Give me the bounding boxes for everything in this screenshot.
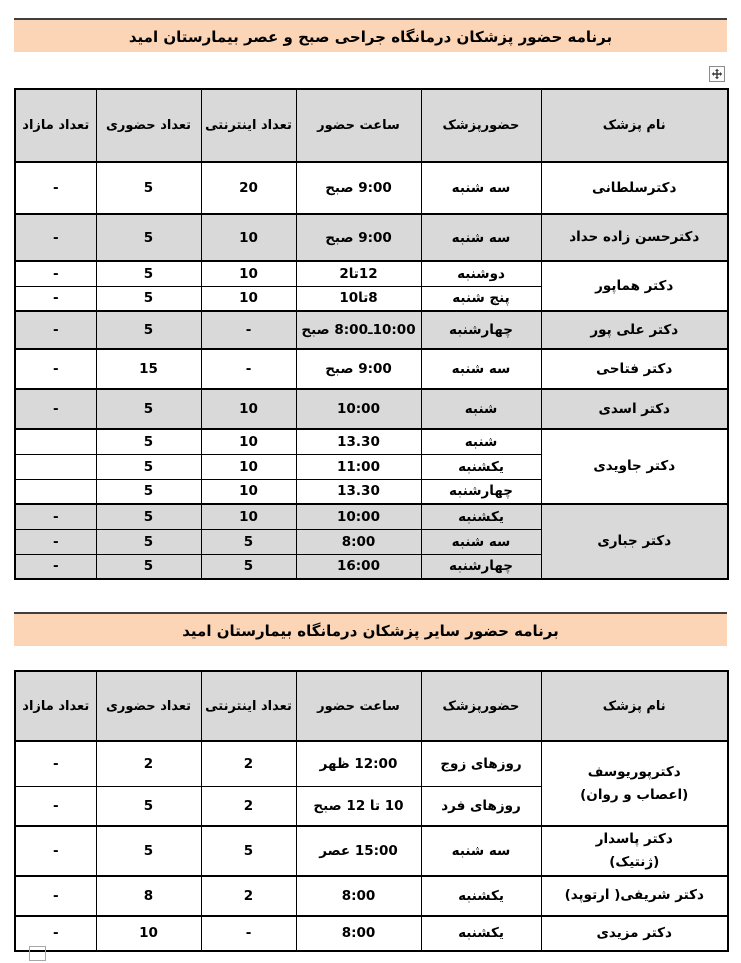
column-header: نام پزشک — [541, 89, 728, 162]
internet-count-cell: 5 — [201, 554, 296, 579]
presence-time-cell: 9:00 صبح — [296, 214, 421, 261]
surgery-clinic-schedule-table: نام پزشکحضورپزشکساعت حضورتعداد اینترنتیت… — [14, 88, 729, 580]
column-header: تعداد مازاد — [15, 89, 96, 162]
presence-day-cell: چهارشنبه — [421, 311, 541, 349]
excess-count-cell — [15, 429, 96, 454]
inperson-count-cell: 5 — [96, 504, 201, 529]
schedule-row: دکتر فتاحیسه شنبه9:00 صبح-15- — [15, 349, 728, 389]
doctor-name-cell: دکتر پاسدار(ژنتیک) — [541, 826, 728, 876]
column-header: تعداد حضوری — [96, 671, 201, 741]
internet-count-cell: 10 — [201, 389, 296, 429]
internet-count-cell: 10 — [201, 454, 296, 479]
excess-count-cell: - — [15, 162, 96, 214]
surgery-schedule-title: برنامه حضور پزشکان درمانگاه جراحی صبح و … — [14, 18, 727, 52]
internet-count-cell: 5 — [201, 529, 296, 554]
doctor-name-cell: دکتر علی پور — [541, 311, 728, 349]
presence-day-cell: یکشنبه — [421, 916, 541, 951]
excess-count-cell: - — [15, 554, 96, 579]
inperson-count-cell: 5 — [96, 389, 201, 429]
inperson-count-cell: 5 — [96, 529, 201, 554]
other-doctors-schedule-table: نام پزشکحضورپزشکساعت حضورتعداد اینترنتیت… — [14, 670, 729, 952]
presence-time-cell: 9:00 صبح — [296, 349, 421, 389]
presence-day-cell: یکشنبه — [421, 876, 541, 916]
inperson-count-cell: 5 — [96, 826, 201, 876]
schedule-row: دکتر علی پورچهارشنبه10:00ـ8:00 صبح-5- — [15, 311, 728, 349]
inperson-count-cell: 5 — [96, 214, 201, 261]
excess-count-cell: - — [15, 876, 96, 916]
presence-day-cell: سه شنبه — [421, 529, 541, 554]
presence-day-cell: پنج شنبه — [421, 286, 541, 311]
presence-time-cell: 8:00 — [296, 916, 421, 951]
schedule-row: دکتر جبارییکشنبه10:00105- — [15, 504, 728, 529]
presence-time-cell: 10:00 — [296, 389, 421, 429]
table-move-handle-icon[interactable] — [709, 66, 725, 82]
presence-time-cell: 15:00 عصر — [296, 826, 421, 876]
column-header: نام پزشک — [541, 671, 728, 741]
column-header: ساعت حضور — [296, 89, 421, 162]
doctor-name-cell: دکتر فتاحی — [541, 349, 728, 389]
other-doctors-schedule-title: برنامه حضور سایر پزشکان درمانگاه بیمارست… — [14, 612, 727, 646]
doctor-name-cell: دکتر جباری — [541, 504, 728, 579]
inperson-count-cell: 5 — [96, 454, 201, 479]
internet-count-cell: 10 — [201, 429, 296, 454]
presence-day-cell: سه شنبه — [421, 162, 541, 214]
doctor-name-cell: دکتر شریفی( ارتوپد) — [541, 876, 728, 916]
column-header: حضورپزشک — [421, 89, 541, 162]
presence-time-cell: 16:00 — [296, 554, 421, 579]
presence-time-cell: 13.30 — [296, 429, 421, 454]
excess-count-cell: - — [15, 826, 96, 876]
doctor-name-cell: دکتر اسدی — [541, 389, 728, 429]
header-row: نام پزشکحضورپزشکساعت حضورتعداد اینترنتیت… — [15, 89, 728, 162]
inperson-count-cell: 5 — [96, 429, 201, 454]
inperson-count-cell: 5 — [96, 286, 201, 311]
schedule-row: دکتر شریفی( ارتوپد)یکشنبه8:0028- — [15, 876, 728, 916]
excess-count-cell: - — [15, 261, 96, 286]
column-header: تعداد مازاد — [15, 671, 96, 741]
schedule-row: دکتر جاویدیشنبه13.30105 — [15, 429, 728, 454]
presence-day-cell: یکشنبه — [421, 504, 541, 529]
excess-count-cell: - — [15, 311, 96, 349]
excess-count-cell: - — [15, 741, 96, 786]
schedule-row: دکترحسن زاده حدادسه شنبه9:00 صبح105- — [15, 214, 728, 261]
presence-time-cell: 9:00 صبح — [296, 162, 421, 214]
excess-count-cell — [15, 454, 96, 479]
schedule-row: دکتر پاسدار(ژنتیک)سه شنبه15:00 عصر55- — [15, 826, 728, 876]
inperson-count-cell: 5 — [96, 162, 201, 214]
presence-day-cell: روزهای فرد — [421, 786, 541, 826]
inperson-count-cell: 15 — [96, 349, 201, 389]
schedule-row: دکترپوریوسف(اعصاب و روان)روزهای زوج12:00… — [15, 741, 728, 786]
inperson-count-cell: 5 — [96, 786, 201, 826]
excess-count-cell: - — [15, 389, 96, 429]
document-page: برنامه حضور پزشکان درمانگاه جراحی صبح و … — [0, 0, 741, 963]
presence-day-cell: شنبه — [421, 389, 541, 429]
presence-day-cell: سه شنبه — [421, 214, 541, 261]
schedule-row: دکتر مزیدییکشنبه8:00-10- — [15, 916, 728, 951]
internet-count-cell: 10 — [201, 261, 296, 286]
column-header: ساعت حضور — [296, 671, 421, 741]
presence-day-cell: روزهای زوج — [421, 741, 541, 786]
table-resize-handle-icon[interactable] — [29, 946, 46, 961]
presence-time-cell: 8تا10 — [296, 286, 421, 311]
internet-count-cell: - — [201, 311, 296, 349]
doctor-name-cell: دکترپوریوسف(اعصاب و روان) — [541, 741, 728, 826]
inperson-count-cell: 10 — [96, 916, 201, 951]
inperson-count-cell: 5 — [96, 311, 201, 349]
presence-time-cell: 8:00 — [296, 876, 421, 916]
internet-count-cell: 2 — [201, 741, 296, 786]
header-row: نام پزشکحضورپزشکساعت حضورتعداد اینترنتیت… — [15, 671, 728, 741]
internet-count-cell: 10 — [201, 504, 296, 529]
column-header: تعداد حضوری — [96, 89, 201, 162]
presence-day-cell: سه شنبه — [421, 349, 541, 389]
schedule-row: دکتر هماپوردوشنبه12تا2105- — [15, 261, 728, 286]
presence-time-cell: 12:00 ظهر — [296, 741, 421, 786]
column-header: تعداد اینترنتی — [201, 671, 296, 741]
presence-day-cell: چهارشنبه — [421, 554, 541, 579]
inperson-count-cell: 8 — [96, 876, 201, 916]
presence-day-cell: شنبه — [421, 429, 541, 454]
internet-count-cell: 2 — [201, 876, 296, 916]
doctor-name-cell: دکتر جاویدی — [541, 429, 728, 504]
move-arrows-icon — [711, 68, 723, 80]
schedule-row: دکترسلطانیسه شنبه9:00 صبح205- — [15, 162, 728, 214]
internet-count-cell: 5 — [201, 826, 296, 876]
inperson-count-cell: 5 — [96, 261, 201, 286]
internet-count-cell: 10 — [201, 479, 296, 504]
inperson-count-cell: 5 — [96, 479, 201, 504]
column-header: تعداد اینترنتی — [201, 89, 296, 162]
excess-count-cell: - — [15, 214, 96, 261]
presence-time-cell: 10:00 — [296, 504, 421, 529]
excess-count-cell: - — [15, 286, 96, 311]
presence-time-cell: 13.30 — [296, 479, 421, 504]
internet-count-cell: 10 — [201, 286, 296, 311]
doctor-name-cell: دکتر هماپور — [541, 261, 728, 311]
presence-time-cell: 11:00 — [296, 454, 421, 479]
excess-count-cell — [15, 479, 96, 504]
inperson-count-cell: 2 — [96, 741, 201, 786]
internet-count-cell: - — [201, 916, 296, 951]
excess-count-cell: - — [15, 916, 96, 951]
column-header: حضورپزشک — [421, 671, 541, 741]
presence-day-cell: چهارشنبه — [421, 479, 541, 504]
presence-day-cell: یکشنبه — [421, 454, 541, 479]
presence-time-cell: 10 تا 12 صبح — [296, 786, 421, 826]
excess-count-cell: - — [15, 529, 96, 554]
excess-count-cell: - — [15, 786, 96, 826]
doctor-name-cell: دکترسلطانی — [541, 162, 728, 214]
doctor-name-cell: دکترحسن زاده حداد — [541, 214, 728, 261]
schedule-row: دکتر اسدیشنبه10:00105- — [15, 389, 728, 429]
internet-count-cell: 20 — [201, 162, 296, 214]
presence-time-cell: 8:00 — [296, 529, 421, 554]
presence-time-cell: 12تا2 — [296, 261, 421, 286]
presence-day-cell: سه شنبه — [421, 826, 541, 876]
excess-count-cell: - — [15, 349, 96, 389]
doctor-name-cell: دکتر مزیدی — [541, 916, 728, 951]
presence-time-cell: 10:00ـ8:00 صبح — [296, 311, 421, 349]
internet-count-cell: - — [201, 349, 296, 389]
internet-count-cell: 2 — [201, 786, 296, 826]
presence-day-cell: دوشنبه — [421, 261, 541, 286]
internet-count-cell: 10 — [201, 214, 296, 261]
excess-count-cell: - — [15, 504, 96, 529]
inperson-count-cell: 5 — [96, 554, 201, 579]
